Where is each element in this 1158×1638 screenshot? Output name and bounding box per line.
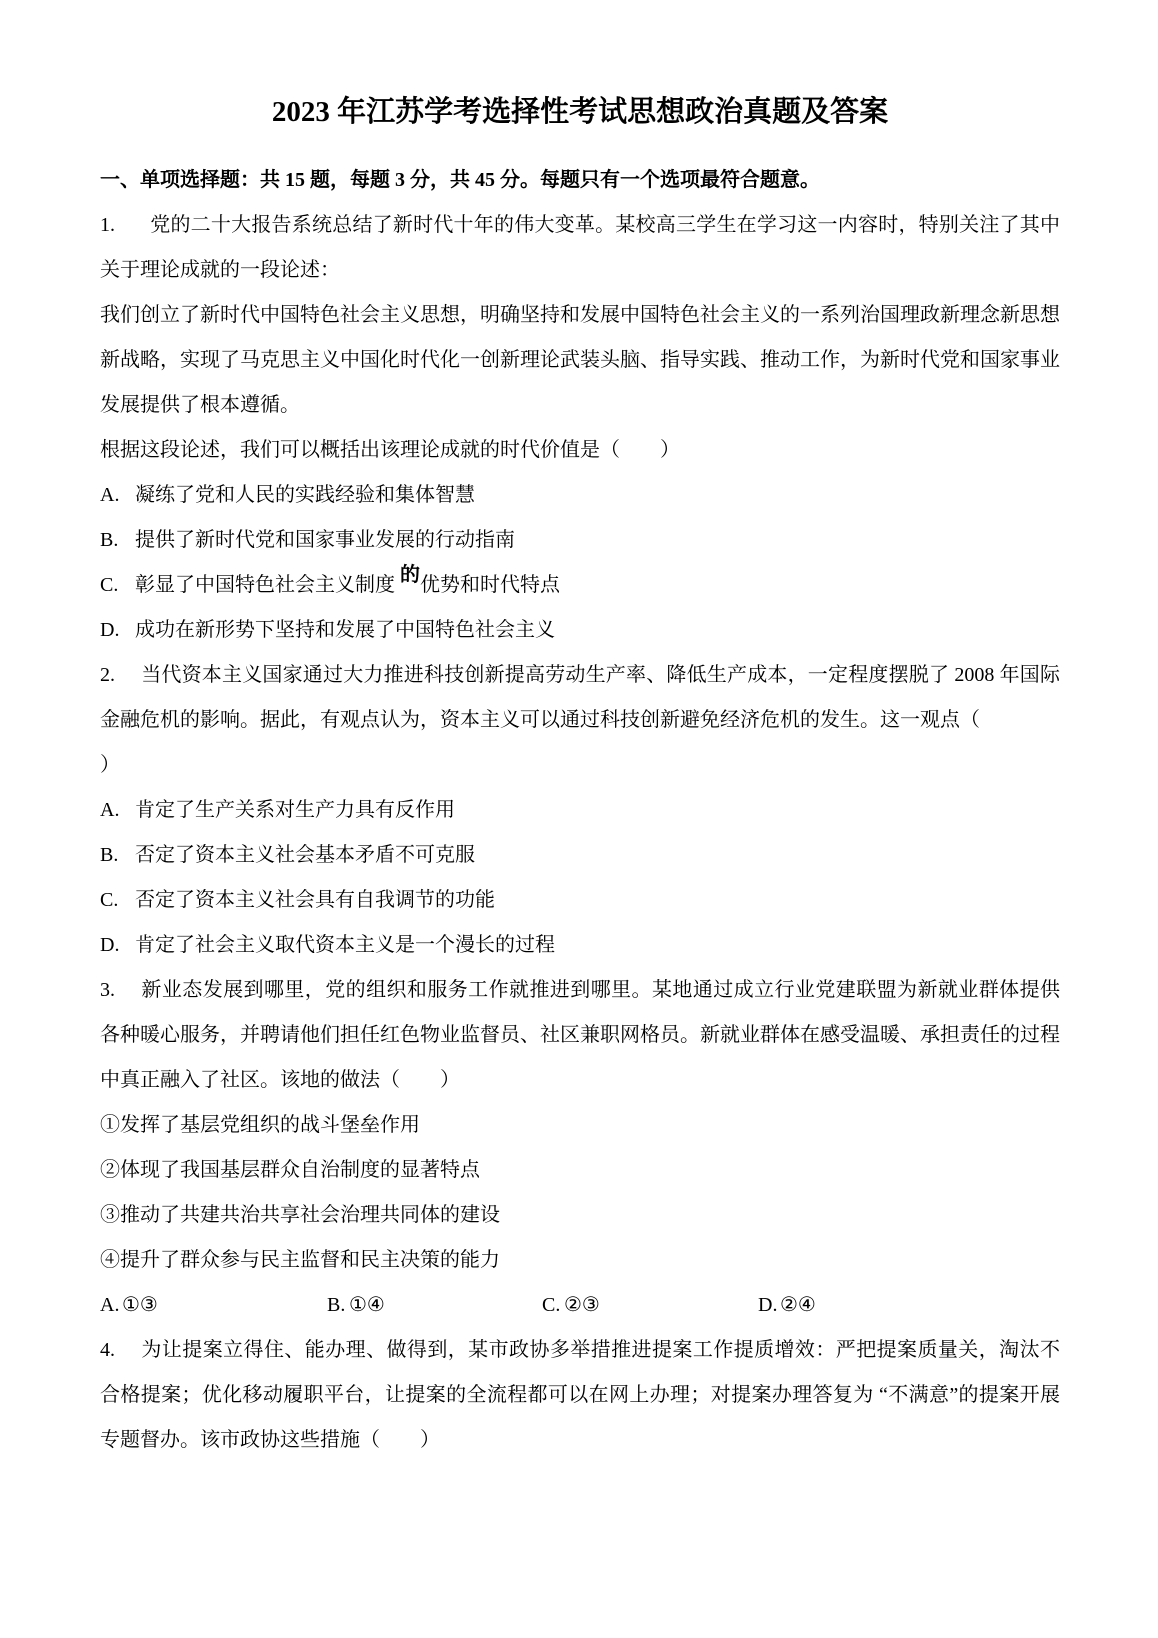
question-1-stem-text: 党的二十大报告系统总结了新时代十年的伟大变革。某校高三学生在学习这一内容时，特别… bbox=[100, 214, 1060, 281]
question-1: 1.党的二十大报告系统总结了新时代十年的伟大变革。某校高三学生在学习这一内容时，… bbox=[100, 203, 1060, 653]
choice-d-text: ②④ bbox=[780, 1294, 816, 1316]
option-b-text: 提供了新时代党和国家事业发展的行动指南 bbox=[135, 529, 515, 551]
choice-d-label: D. bbox=[758, 1283, 780, 1328]
question-3-item-2: ②体现了我国基层群众自治制度的显著特点 bbox=[100, 1148, 1060, 1193]
question-2-option-c: C.否定了资本主义社会具有自我调节的功能 bbox=[100, 878, 1060, 923]
option-a-text: 肯定了生产关系对生产力具有反作用 bbox=[135, 799, 455, 821]
option-c-text-before: 彰显了中国特色社会主义制度 bbox=[135, 574, 400, 596]
option-d-label: D. bbox=[100, 608, 135, 653]
option-b-label: B. bbox=[100, 518, 135, 563]
question-1-quote: 我们创立了新时代中国特色社会主义思想，明确坚持和发展中国特色社会主义的一系列治国… bbox=[100, 293, 1060, 428]
question-1-option-c: C.彰显了中国特色社会主义制度 的优势和时代特点 bbox=[100, 563, 1060, 608]
choice-c-text: ②③ bbox=[564, 1294, 600, 1316]
choice-a-text: ①③ bbox=[122, 1294, 158, 1316]
option-c-text: 否定了资本主义社会具有自我调节的功能 bbox=[135, 889, 495, 911]
question-3-answer-choices: A.①③ B.①④ C.②③ D.②④ bbox=[100, 1283, 1060, 1328]
question-3-item-4: ④提升了群众参与民主监督和民主决策的能力 bbox=[100, 1238, 1060, 1283]
option-c-text-after: 优势和时代特点 bbox=[420, 574, 560, 596]
question-1-prompt: 根据这段论述，我们可以概括出该理论成就的时代价值是（ ） bbox=[100, 428, 1060, 473]
question-4: 4.为让提案立得住、能办理、做得到，某市政协多举措推进提案工作提质增效：严把提案… bbox=[100, 1328, 1060, 1463]
option-a-label: A. bbox=[100, 473, 135, 518]
question-2-close-paren: ） bbox=[100, 743, 1060, 788]
exam-document-page: 2023 年江苏学考选择性考试思想政治真题及答案 一、单项选择题：共 15 题，… bbox=[0, 0, 1158, 1638]
option-a-label: A. bbox=[100, 788, 135, 833]
question-1-stem: 1.党的二十大报告系统总结了新时代十年的伟大变革。某校高三学生在学习这一内容时，… bbox=[100, 203, 1060, 293]
question-2-stem: 2.当代资本主义国家通过大力推进科技创新提高劳动生产率、降低生产成本，一定程度摆… bbox=[100, 653, 1060, 743]
option-c-label: C. bbox=[100, 563, 135, 608]
option-a-text: 凝练了党和人民的实践经验和集体智慧 bbox=[135, 484, 475, 506]
question-1-option-b: B.提供了新时代党和国家事业发展的行动指南 bbox=[100, 518, 1060, 563]
option-d-text: 肯定了社会主义取代资本主义是一个漫长的过程 bbox=[135, 934, 555, 956]
choice-c-label: C. bbox=[542, 1283, 564, 1328]
question-4-stem-text: 为让提案立得住、能办理、做得到，某市政协多举措推进提案工作提质增效：严把提案质量… bbox=[100, 1339, 1060, 1451]
question-1-option-a: A.凝练了党和人民的实践经验和集体智慧 bbox=[100, 473, 1060, 518]
question-2-number: 2. bbox=[100, 653, 141, 698]
question-3-choice-a: A.①③ bbox=[100, 1283, 327, 1328]
option-d-text: 成功在新形势下坚持和发展了中国特色社会主义 bbox=[135, 619, 555, 641]
question-3-item-3: ③推动了共建共治共享社会治理共同体的建设 bbox=[100, 1193, 1060, 1238]
option-b-label: B. bbox=[100, 833, 135, 878]
raised-de-character: 的 bbox=[400, 564, 420, 586]
option-b-text: 否定了资本主义社会基本矛盾不可克服 bbox=[135, 844, 475, 866]
question-3-choice-d: D.②④ bbox=[758, 1283, 1060, 1328]
choice-a-label: A. bbox=[100, 1283, 122, 1328]
option-c-label: C. bbox=[100, 878, 135, 923]
question-3-stem-text: 新业态发展到哪里，党的组织和服务工作就推进到哪里。某地通过成立行业党建联盟为新就… bbox=[100, 979, 1060, 1091]
option-d-label: D. bbox=[100, 923, 135, 968]
question-4-stem: 4.为让提案立得住、能办理、做得到，某市政协多举措推进提案工作提质增效：严把提案… bbox=[100, 1328, 1060, 1463]
question-2-stem-text: 当代资本主义国家通过大力推进科技创新提高劳动生产率、降低生产成本，一定程度摆脱了… bbox=[100, 664, 1060, 731]
choice-b-label: B. bbox=[327, 1283, 349, 1328]
question-1-option-d: D.成功在新形势下坚持和发展了中国特色社会主义 bbox=[100, 608, 1060, 653]
question-3-stem: 3.新业态发展到哪里，党的组织和服务工作就推进到哪里。某地通过成立行业党建联盟为… bbox=[100, 968, 1060, 1103]
question-4-number: 4. bbox=[100, 1328, 141, 1373]
question-3-choice-c: C.②③ bbox=[542, 1283, 758, 1328]
question-1-number: 1. bbox=[100, 203, 150, 248]
question-2-option-a: A.肯定了生产关系对生产力具有反作用 bbox=[100, 788, 1060, 833]
question-3-number: 3. bbox=[100, 968, 141, 1013]
question-2-option-b: B.否定了资本主义社会基本矛盾不可克服 bbox=[100, 833, 1060, 878]
question-2-option-d: D.肯定了社会主义取代资本主义是一个漫长的过程 bbox=[100, 923, 1060, 968]
question-2: 2.当代资本主义国家通过大力推进科技创新提高劳动生产率、降低生产成本，一定程度摆… bbox=[100, 653, 1060, 968]
section-heading: 一、单项选择题：共 15 题，每题 3 分，共 45 分。每题只有一个选项最符合… bbox=[100, 158, 1060, 203]
question-3: 3.新业态发展到哪里，党的组织和服务工作就推进到哪里。某地通过成立行业党建联盟为… bbox=[100, 968, 1060, 1328]
question-3-item-1: ①发挥了基层党组织的战斗堡垒作用 bbox=[100, 1103, 1060, 1148]
page-title: 2023 年江苏学考选择性考试思想政治真题及答案 bbox=[100, 90, 1060, 134]
question-3-choice-b: B.①④ bbox=[327, 1283, 542, 1328]
choice-b-text: ①④ bbox=[349, 1294, 385, 1316]
